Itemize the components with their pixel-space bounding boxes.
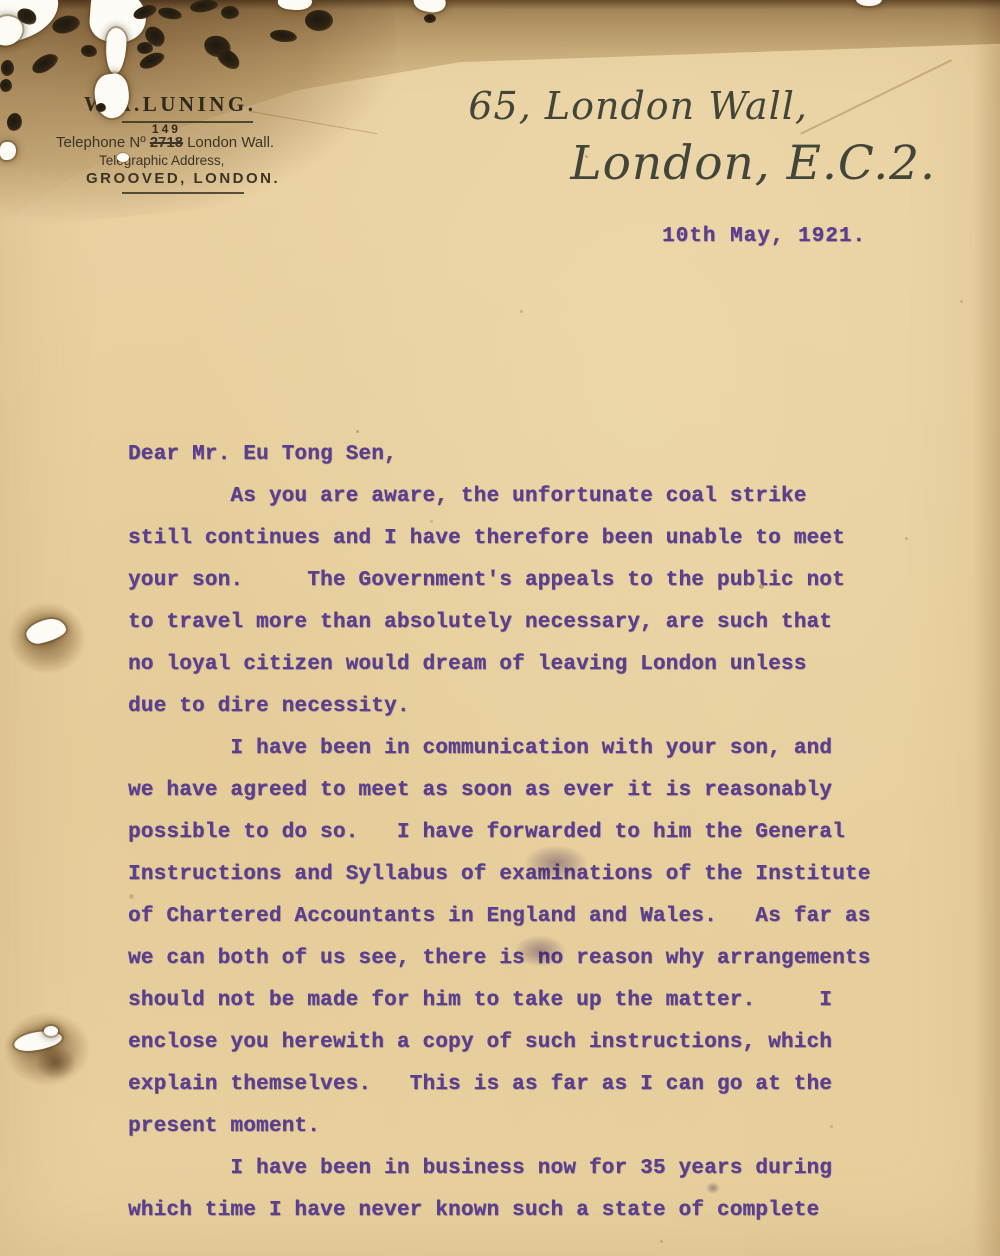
telegraphic-address-name: GROOVED, LONDON. xyxy=(86,170,280,187)
ink-stain xyxy=(1,60,14,76)
letter-body: Dear Mr. Eu Tong Sen, As you are aware, … xyxy=(128,434,871,1232)
letter-line: which time I have never known such a sta… xyxy=(128,1190,871,1232)
letter-line: your son. The Government's appeals to th… xyxy=(128,560,871,602)
letter-line: present moment. xyxy=(128,1106,871,1148)
telephone-suffix: London Wall. xyxy=(187,134,274,151)
letterhead-name-underline xyxy=(122,121,253,123)
punch-hole-halo xyxy=(36,1046,76,1080)
letter-line: of Chartered Accountants in England and … xyxy=(128,896,871,938)
ink-smudge xyxy=(514,935,566,967)
telephone-prefix: Telephone Nº xyxy=(56,134,146,151)
ink-smudge xyxy=(706,1182,720,1194)
ink-smudge xyxy=(524,845,588,881)
letter-line: possible to do so. I have forwarded to h… xyxy=(128,812,871,854)
letter-line: I have been in business now for 35 years… xyxy=(128,1148,871,1190)
sender-address-line-1: 65, London Wall, xyxy=(468,84,808,128)
ink-stain xyxy=(0,79,12,92)
telephone-corrected-number: 149 xyxy=(152,122,181,136)
letter-line: explain themselves. This is as far as I … xyxy=(128,1064,871,1106)
letter-line: Instructions and Syllabus of examination… xyxy=(128,854,871,896)
paper-freckles xyxy=(356,430,359,433)
letter-line: enclose you herewith a copy of such inst… xyxy=(128,1022,871,1064)
ink-stain xyxy=(305,10,333,31)
letter-line: we can both of us see, there is no reaso… xyxy=(128,938,871,980)
letter-line: still continues and I have therefore bee… xyxy=(128,518,871,560)
letter-line: to travel more than absolutely necessary… xyxy=(128,602,871,644)
letter-line: due to dire necessity. xyxy=(128,686,871,728)
telephone-line: Telephone Nº1492718London Wall. xyxy=(56,134,274,151)
ink-stain xyxy=(96,103,106,112)
letter-line: no loyal citizen would dream of leaving … xyxy=(128,644,871,686)
sender-address-line-2: London, E.C.2. xyxy=(570,136,936,191)
ink-stain xyxy=(424,14,436,23)
ink-stain xyxy=(137,42,153,54)
punch-hole xyxy=(44,1026,58,1036)
ink-stain xyxy=(221,6,239,19)
right-edge-shading xyxy=(974,0,1000,1256)
letter-line: As you are aware, the unfortunate coal s… xyxy=(128,476,871,518)
letter-line: should not be made for him to take up th… xyxy=(128,980,871,1022)
date-line: 10th May, 1921. xyxy=(662,225,866,248)
torn-paper-patch xyxy=(117,153,129,162)
letter-line: I have been in communication with your s… xyxy=(128,728,871,770)
letter-line: we have agreed to meet as soon as ever i… xyxy=(128,770,871,812)
letter-line: Dear Mr. Eu Tong Sen, xyxy=(128,434,871,476)
letterhead-footer-underline xyxy=(122,192,244,194)
telephone-old-number: 1492718 xyxy=(150,134,183,151)
